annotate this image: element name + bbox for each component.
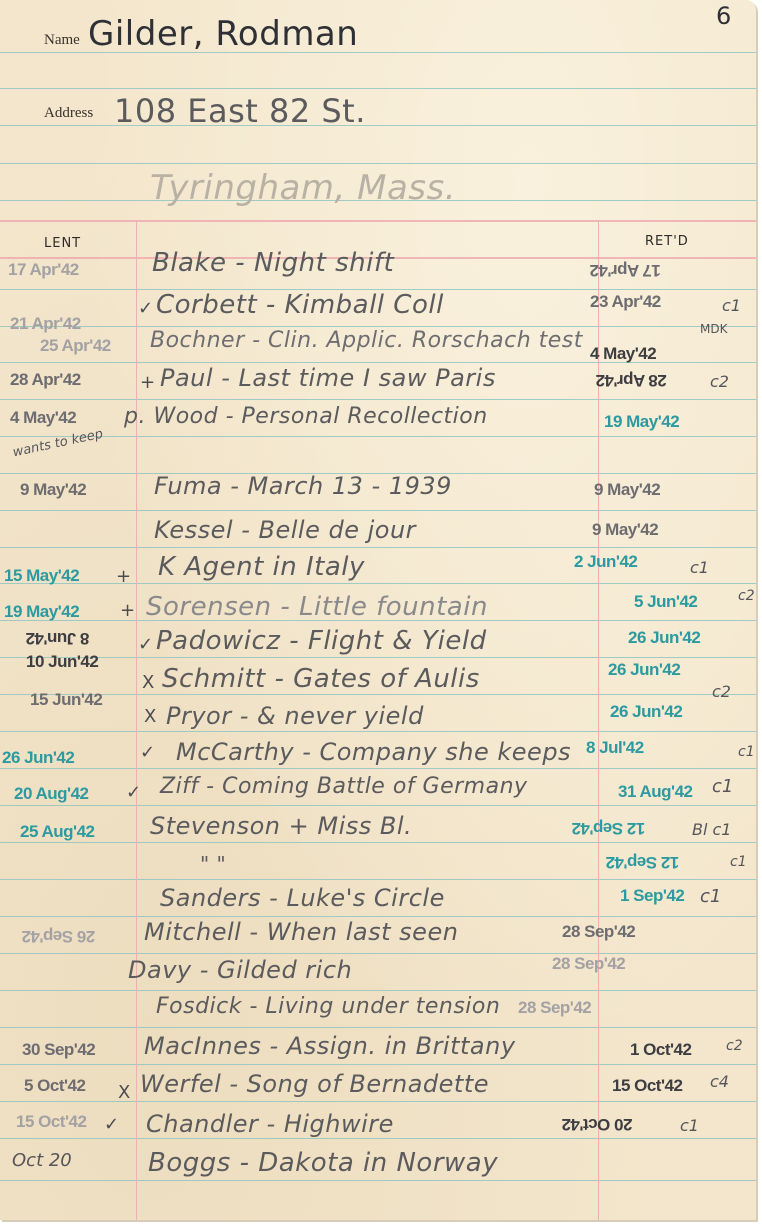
rule-line bbox=[0, 1101, 756, 1102]
returned-date-stamp: 23 Apr'42 bbox=[590, 292, 661, 312]
rule-line bbox=[0, 953, 756, 954]
copy-note: c2 bbox=[712, 682, 731, 701]
book-title: Pryor - & never yield bbox=[166, 702, 424, 730]
book-title: Corbett - Kimball Coll bbox=[156, 290, 444, 320]
lent-date-stamp: 30 Sep'42 bbox=[22, 1040, 95, 1060]
returned-date-stamp: 28 Sep'42 bbox=[562, 922, 635, 942]
returned-date-stamp: 26 Jun'42 bbox=[628, 628, 700, 648]
address-label: Address bbox=[44, 105, 93, 122]
book-title: Ziff - Coming Battle of Germany bbox=[160, 774, 528, 799]
returned-date-stamp: 20 Oct'42 bbox=[562, 1114, 632, 1134]
rule-line bbox=[0, 436, 756, 437]
lent-date-stamp: 26 Sep'42 bbox=[22, 926, 95, 946]
library-card: 6 Name Gilder, Rodman Address 108 East 8… bbox=[0, 0, 756, 1220]
copy-note: c1 bbox=[712, 776, 733, 797]
lent-date-stamp: 20 Aug'42 bbox=[14, 784, 89, 804]
lent-date-stamp: 25 Apr'42 bbox=[40, 336, 111, 356]
checkmark-icon: ✓ bbox=[104, 1114, 119, 1135]
copy-note: c1 bbox=[738, 744, 755, 760]
rule-line bbox=[0, 326, 756, 327]
book-title: Chandler - Highwire bbox=[146, 1110, 394, 1138]
lent-date-stamp: 19 May'42 bbox=[4, 602, 79, 622]
x-mark-icon: X bbox=[142, 672, 154, 693]
returned-date-stamp: 26 Jun'42 bbox=[608, 660, 680, 680]
lent-date-stamp: 21 Apr'42 bbox=[10, 314, 81, 334]
rule-line bbox=[0, 768, 756, 769]
book-title: Paul - Last time I saw Paris bbox=[160, 364, 496, 392]
book-title: Sorensen - Little fountain bbox=[146, 592, 488, 622]
returned-date-stamp: 12 Sep'42 bbox=[572, 818, 645, 838]
copy-note: c1 bbox=[722, 296, 741, 315]
copy-note: c1 bbox=[690, 558, 709, 577]
rule-line bbox=[0, 879, 756, 880]
returned-date-stamp: 15 Oct'42 bbox=[612, 1076, 682, 1096]
borrower-name: Gilder, Rodman bbox=[88, 14, 358, 54]
borrower-address: 108 East 82 St. bbox=[114, 92, 366, 130]
lent-date-stamp: 10 Jun'42 bbox=[26, 652, 98, 672]
lent-date-stamp: 15 Oct'42 bbox=[16, 1112, 86, 1132]
rule-line bbox=[0, 88, 756, 89]
returned-date-stamp: 28 Sep'42 bbox=[518, 998, 591, 1018]
lent-date-stamp: 8 Jun'42 bbox=[26, 628, 89, 648]
lent-date-stamp: 26 Jun'42 bbox=[2, 748, 74, 768]
book-title: Mitchell - When last seen bbox=[144, 918, 458, 946]
lent-date-stamp: 28 Apr'42 bbox=[10, 370, 81, 390]
copy-note: c2 bbox=[710, 372, 729, 391]
book-title: Fosdick - Living under tension bbox=[156, 994, 500, 1019]
book-title: McCarthy - Company she keeps bbox=[176, 738, 571, 766]
name-label: Name bbox=[44, 32, 80, 49]
initials-note: MDK bbox=[700, 322, 727, 336]
lent-column-header: LENT bbox=[44, 236, 81, 251]
rule-line bbox=[0, 1138, 756, 1139]
rule-line bbox=[0, 916, 756, 917]
lent-date-stamp: 15 May'42 bbox=[4, 566, 79, 586]
returned-date-stamp: 4 May'42 bbox=[590, 344, 656, 364]
checkmark-icon: ✓ bbox=[138, 634, 153, 655]
rule-line-pink bbox=[0, 220, 756, 222]
x-mark-icon: X bbox=[144, 706, 156, 727]
lent-date-stamp: 4 May'42 bbox=[10, 408, 76, 428]
checkmark-icon: ✓ bbox=[140, 742, 155, 763]
returned-date-stamp: 5 Jun'42 bbox=[634, 592, 697, 612]
copy-note: c4 bbox=[710, 1072, 729, 1091]
copy-note: Bl c1 bbox=[692, 820, 731, 839]
returned-date-stamp: 8 Jul'42 bbox=[586, 738, 644, 758]
plus-mark-icon: + bbox=[120, 600, 135, 621]
rule-line bbox=[0, 694, 756, 695]
rule-line bbox=[0, 1064, 756, 1065]
lent-date-handwritten: Oct 20 bbox=[12, 1150, 72, 1171]
book-title: Padowicz - Flight & Yield bbox=[156, 626, 487, 656]
rule-line bbox=[0, 583, 756, 584]
lent-date-stamp: 25 Aug'42 bbox=[20, 822, 95, 842]
book-title: Stevenson + Miss Bl. bbox=[150, 812, 412, 840]
returned-date-stamp: 17 Apr'42 bbox=[590, 260, 661, 280]
x-mark-icon: X bbox=[118, 1082, 130, 1103]
rule-line bbox=[0, 657, 756, 658]
rule-line bbox=[0, 399, 756, 400]
returned-date-stamp: 28 Sep'42 bbox=[552, 954, 625, 974]
returned-date-stamp: 2 Jun'42 bbox=[574, 552, 637, 572]
copy-note: c2 bbox=[726, 1038, 743, 1054]
book-title: Fuma - March 13 - 1939 bbox=[154, 472, 452, 500]
returned-date-stamp: 28 Apr'42 bbox=[596, 370, 667, 390]
rule-line bbox=[0, 510, 756, 511]
book-title: Sanders - Luke's Circle bbox=[160, 884, 445, 912]
book-title: Blake - Night shift bbox=[152, 248, 394, 278]
rule-line bbox=[0, 1180, 756, 1181]
checkmark-icon: ✓ bbox=[138, 298, 153, 319]
checkmark-icon: ✓ bbox=[126, 782, 141, 803]
rule-line bbox=[0, 547, 756, 548]
lent-date-stamp: 9 May'42 bbox=[20, 480, 86, 500]
keep-note: wants to keep bbox=[11, 427, 104, 461]
book-title: K Agent in Italy bbox=[158, 552, 365, 582]
book-title: p. Wood - Personal Recollection bbox=[124, 404, 488, 429]
book-title: Schmitt - Gates of Aulis bbox=[162, 664, 480, 694]
copy-note: c1 bbox=[730, 854, 747, 870]
rule-line bbox=[0, 731, 756, 732]
rule-line bbox=[0, 1027, 756, 1028]
returned-date-stamp: 19 May'42 bbox=[604, 412, 679, 432]
returned-date-stamp: 31 Aug'42 bbox=[618, 782, 693, 802]
lent-date-stamp: 15 Jun'42 bbox=[30, 690, 102, 710]
book-title: MacInnes - Assign. in Brittany bbox=[144, 1032, 516, 1060]
lent-date-stamp: 17 Apr'42 bbox=[8, 260, 79, 280]
rule-line bbox=[0, 842, 756, 843]
returned-column-header: RET'D bbox=[645, 234, 689, 249]
rule-line bbox=[0, 805, 756, 806]
copy-note: c1 bbox=[680, 1116, 699, 1135]
book-title: Boggs - Dakota in Norway bbox=[148, 1148, 498, 1178]
returned-date-stamp: 1 Oct'42 bbox=[630, 1040, 691, 1060]
returned-date-stamp: 1 Sep'42 bbox=[620, 886, 684, 906]
lent-column-divider bbox=[136, 220, 137, 1220]
book-title: Werfel - Song of Bernadette bbox=[140, 1070, 489, 1098]
lent-date-stamp: 5 Oct'42 bbox=[24, 1076, 85, 1096]
returned-date-stamp: 9 May'42 bbox=[594, 480, 660, 500]
book-title: Kessel - Belle de jour bbox=[154, 516, 416, 544]
rule-line bbox=[0, 990, 756, 991]
plus-mark-icon: + bbox=[140, 372, 155, 393]
faint-former-address: Tyringham, Mass. bbox=[150, 168, 456, 208]
returned-date-stamp: 26 Jun'42 bbox=[610, 702, 682, 722]
returned-date-stamp: 9 May'42 bbox=[592, 520, 658, 540]
copy-note: c2 bbox=[738, 588, 755, 604]
book-title: Davy - Gilded rich bbox=[128, 956, 352, 984]
ditto-mark: " " bbox=[200, 852, 226, 876]
rule-line bbox=[0, 163, 756, 164]
returned-date-stamp: 12 Sep'42 bbox=[606, 852, 679, 872]
page-number: 6 bbox=[716, 2, 732, 30]
copy-note: c1 bbox=[700, 886, 721, 907]
plus-mark-icon: + bbox=[116, 566, 131, 587]
book-title: Bochner - Clin. Applic. Rorschach test bbox=[150, 328, 583, 353]
